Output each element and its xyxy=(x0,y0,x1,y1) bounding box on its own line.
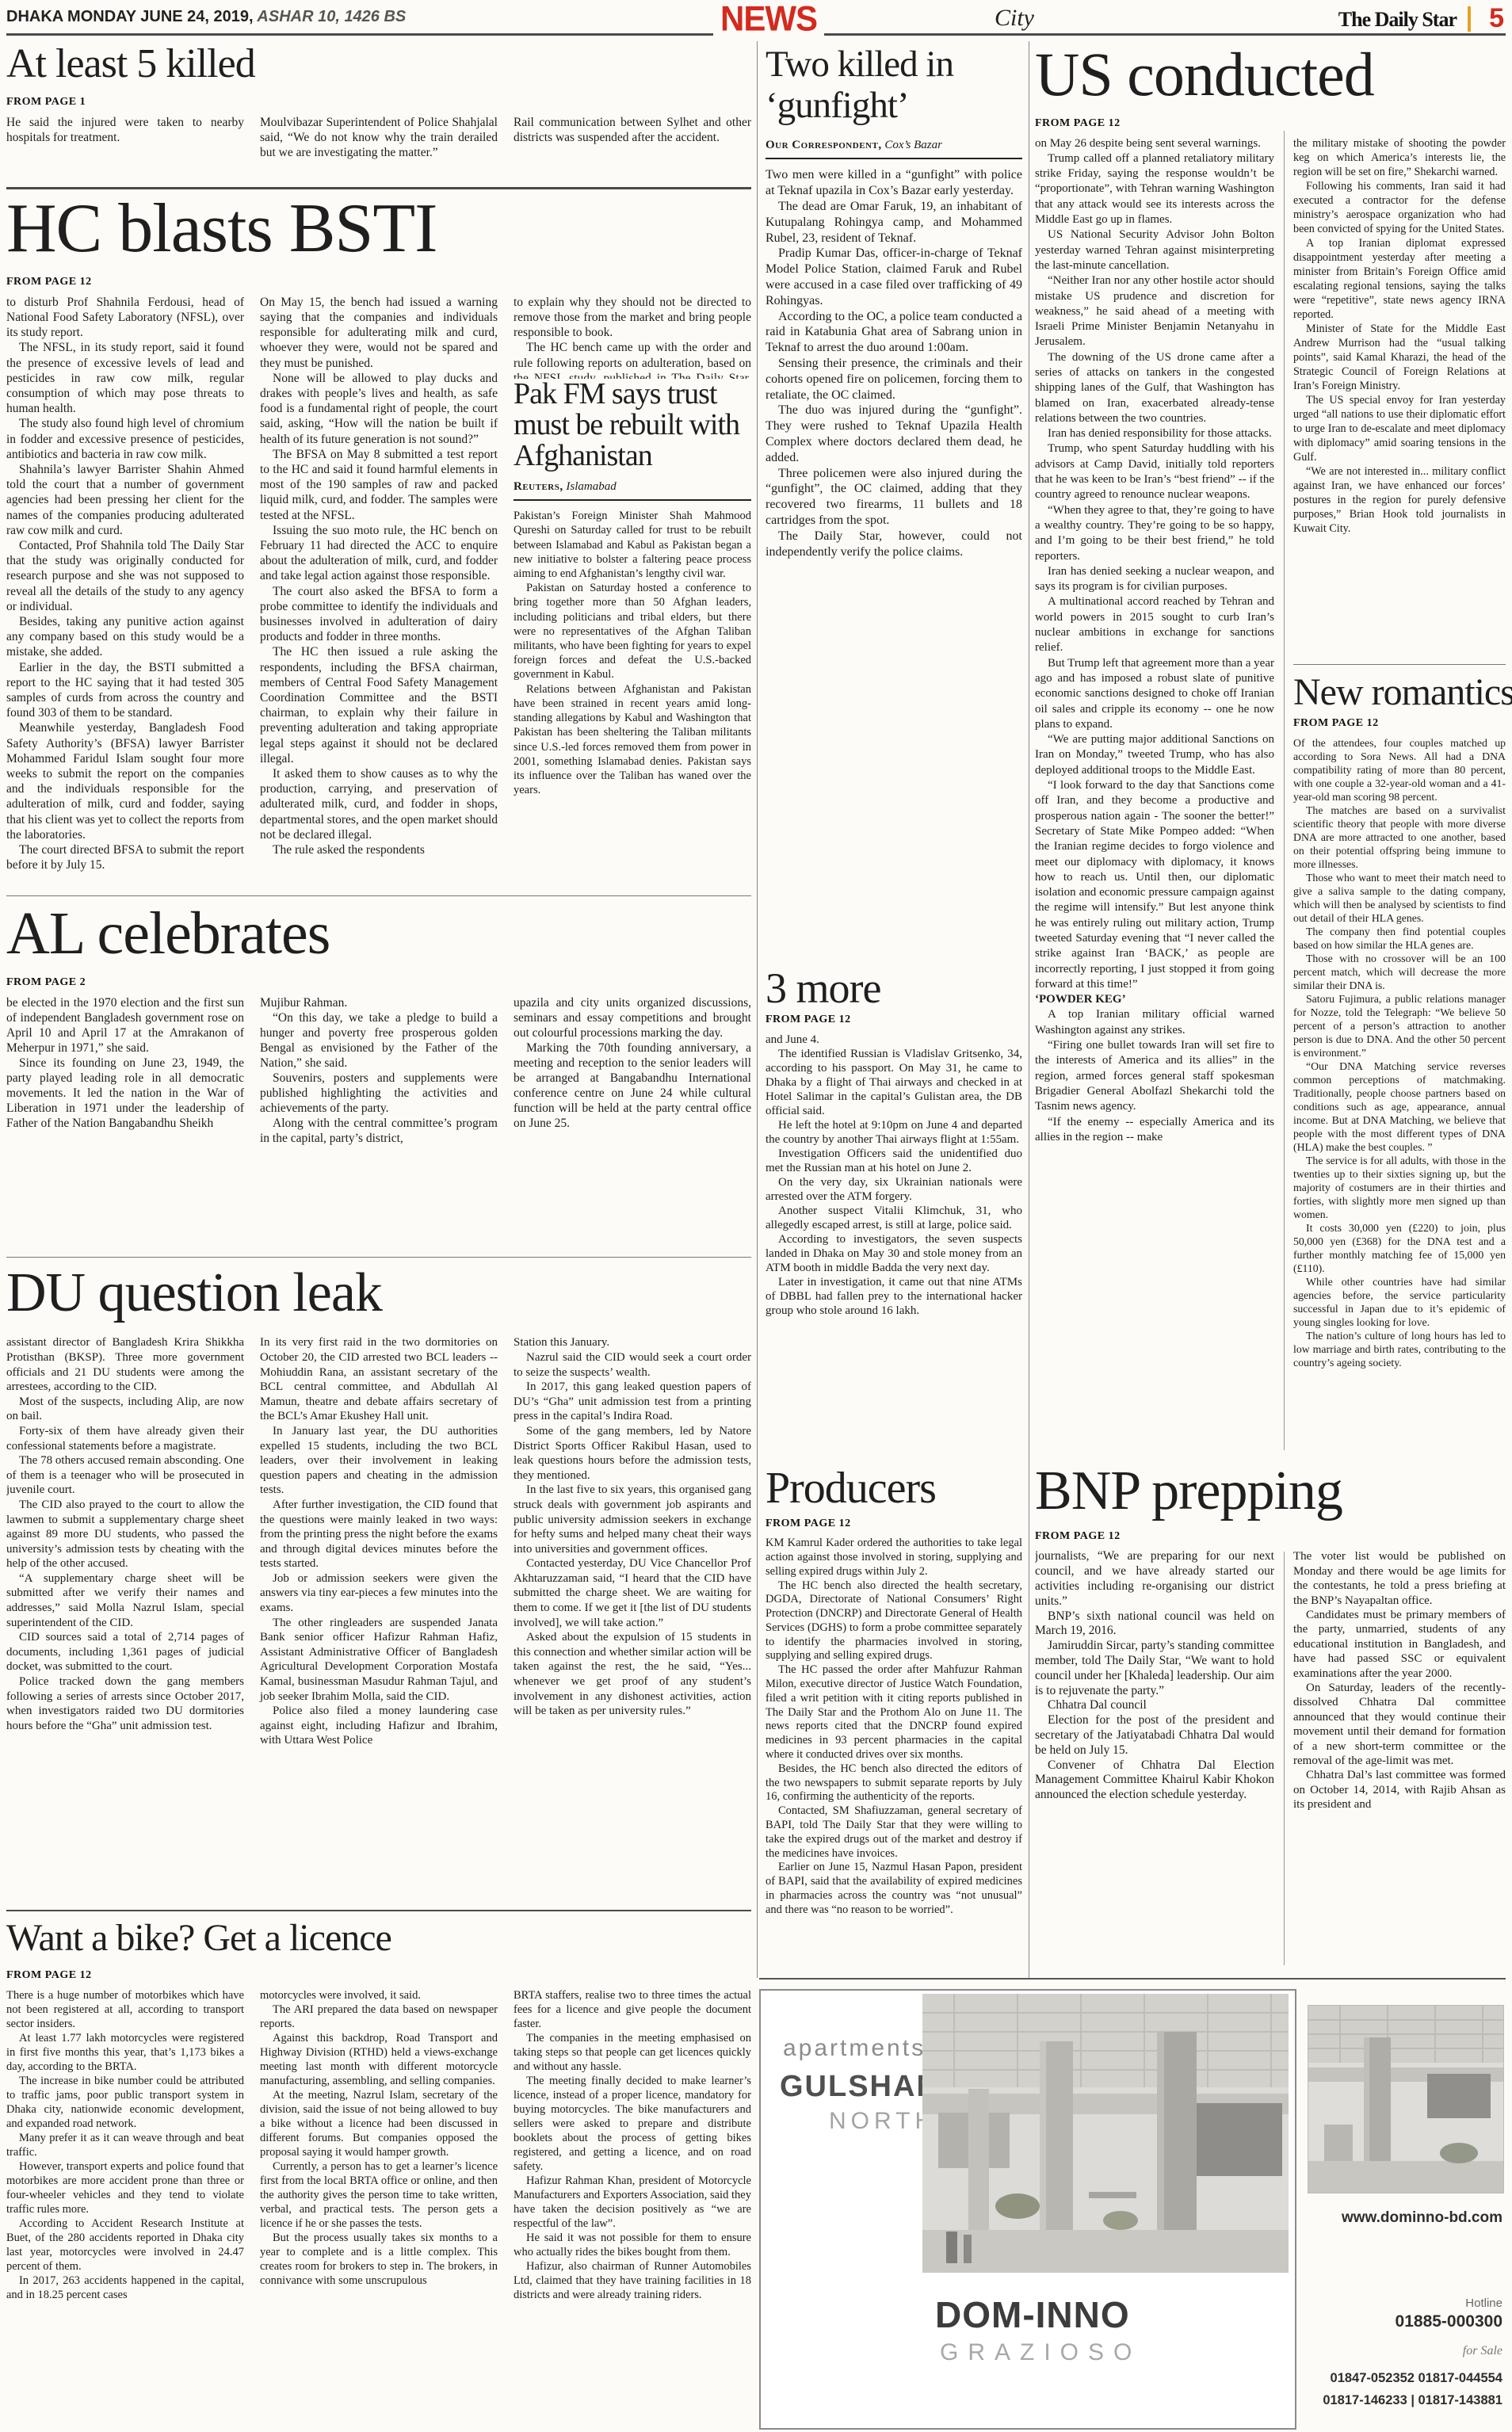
paragraph: be elected in the 1970 election and the … xyxy=(6,995,244,1056)
paragraph: Meanwhile yesterday, Bangladesh Food Saf… xyxy=(6,720,244,842)
paragraph: Those with no crossover will be an 100 p… xyxy=(1293,952,1506,992)
paragraph: Asked about the expulsion of 15 students… xyxy=(514,1630,751,1719)
building-interior-graphic xyxy=(1308,2006,1503,2193)
ad-project-name: GULSHAN xyxy=(780,2070,940,2104)
story-at-least-5-killed: At least 5 killed FROM PAGE 1 He said th… xyxy=(6,43,751,178)
story-new-romantics: New romantics! FROM PAGE 12 Of the atten… xyxy=(1293,674,1506,1459)
continuation-kicker: FROM PAGE 12 xyxy=(1293,717,1506,730)
paragraph: Convener of Chhatra Dal Election Managem… xyxy=(1035,1758,1274,1803)
headline: Pak FM says trust must be rebuilt with A… xyxy=(514,379,751,471)
paragraph: In its very first raid in the two dormit… xyxy=(260,1335,498,1424)
continuation-kicker: FROM PAGE 12 xyxy=(6,276,751,288)
ad-photo-building-lobby xyxy=(1308,2005,1504,2193)
text-column: In its very first raid in the two dormit… xyxy=(260,1335,498,1885)
paragraph: “I look forward to the day that Sanction… xyxy=(1035,778,1274,992)
paragraph: The increase in bike number could be att… xyxy=(6,2074,244,2131)
text-column: assistant director of Bangladesh Krira S… xyxy=(6,1335,244,1885)
paragraph: It costs 30,000 yen (£220) to join, plus… xyxy=(1293,1221,1506,1275)
paragraph: The identified Russian is Vladislav Grit… xyxy=(766,1047,1022,1118)
story-body: Two men were killed in a “gunfight” with… xyxy=(766,167,1022,922)
paragraph: Investigation Officers said the unidenti… xyxy=(766,1147,1022,1175)
paragraph: “Neither Iran nor any other hostile acto… xyxy=(1035,273,1274,349)
paragraph: Chhatra Dal council xyxy=(1035,1698,1274,1713)
paragraph: The company then find potential couples … xyxy=(1293,925,1506,952)
continuation-kicker: FROM PAGE 12 xyxy=(1035,117,1507,130)
continuation-kicker: FROM PAGE 1 xyxy=(6,96,751,109)
ad-photo-building-atrium xyxy=(922,1994,1289,2273)
paragraph: He left the hotel at 9:10pm on June 4 an… xyxy=(766,1118,1022,1147)
paragraph: On the very day, six Ukrainian nationals… xyxy=(766,1175,1022,1204)
continuation-kicker: FROM PAGE 12 xyxy=(766,1014,1022,1026)
paragraph: Earlier on June 15, Nazmul Hasan Papon, … xyxy=(766,1861,1022,1917)
byline-correspondent: Our Correspondent, xyxy=(766,139,882,151)
text-column: On May 15, the bench had issued a warnin… xyxy=(260,295,498,883)
section-rule xyxy=(6,895,751,896)
paragraph: Minister of State for the Middle East An… xyxy=(1293,322,1506,393)
paragraph: “On this day, we take a pledge to build … xyxy=(260,1010,498,1071)
byline: Reuters, Islamabad xyxy=(514,480,751,501)
paragraph: The nation’s culture of long hours has l… xyxy=(1293,1329,1506,1369)
paragraph: Earlier in the day, the BSTI submitted a… xyxy=(6,660,244,721)
paragraph: Of the attendees, four couples matched u… xyxy=(1293,736,1506,804)
paragraph: Many prefer it as it can weave through a… xyxy=(6,2131,244,2159)
paragraph: Another suspect Vitalii Klimchuk, 31, wh… xyxy=(766,1204,1022,1232)
paragraph: to disturb Prof Shahnila Ferdousi, head … xyxy=(6,295,244,341)
story-body: and June 4.The identified Russian is Vla… xyxy=(766,1033,1022,1446)
text-column: There is a huge number of motorbikes whi… xyxy=(6,1988,244,2418)
paragraph: Shahnila’s lawyer Barrister Shahin Ahmed… xyxy=(6,462,244,538)
paragraph: The dead are Omar Faruk, 19, an inhabita… xyxy=(766,199,1022,246)
dateline-date: DHAKA MONDAY JUNE 24, 2019, xyxy=(6,8,254,25)
text-column: upazila and city units organized discuss… xyxy=(514,995,751,1214)
section-rule xyxy=(6,1257,751,1258)
paragraph: Hafizur Rahman Khan, president of Motorc… xyxy=(514,2174,751,2231)
paragraph: The other ringleaders are suspended Jana… xyxy=(260,1616,498,1705)
paragraph: Contacted, Prof Shahnila told The Daily … xyxy=(6,538,244,614)
paragraph: The court also asked the BFSA to form a … xyxy=(260,584,498,645)
paragraph: He said the injured were taken to nearby… xyxy=(6,115,244,145)
paragraph: But the process usually takes six months… xyxy=(260,2231,498,2288)
paragraph: On May 15, the bench had issued a warnin… xyxy=(260,295,498,371)
paragraph: The duo was injured during the “gunfight… xyxy=(766,403,1022,465)
paragraph: The companies in the meeting emphasised … xyxy=(514,2031,751,2074)
paragraph: The study also found high level of chrom… xyxy=(6,416,244,462)
paragraph: Following his comments, Iran said it had… xyxy=(1293,179,1506,236)
paragraph: “We are not interested in... military co… xyxy=(1293,464,1506,536)
byline-place: Islamabad xyxy=(566,480,616,493)
dateline-bangla-date: ASHAR 10, 1426 BS xyxy=(254,8,407,25)
headline: Two killed in ‘gunfight’ xyxy=(766,44,1022,126)
header-rule xyxy=(824,33,1506,36)
paragraph: Pakistan on Saturday hosted a conference… xyxy=(514,581,751,681)
page-number: 5 xyxy=(1489,3,1504,34)
headline: At least 5 killed xyxy=(6,43,751,85)
paragraph: Mujibur Rahman. xyxy=(260,995,498,1010)
paragraph: The meeting finally decided to make lear… xyxy=(514,2074,751,2174)
paragraph: Jamiruddin Sircar, party’s standing comm… xyxy=(1035,1639,1274,1698)
headline: New romantics! xyxy=(1293,674,1506,712)
paragraph: Relations between Afghanistan and Pakist… xyxy=(514,682,751,798)
headline: BNP prepping xyxy=(1035,1463,1507,1519)
paragraph: Iran has denied responsibility for those… xyxy=(1035,426,1274,441)
paragraph: Pakistan’s Foreign Minister Shah Mahmood… xyxy=(514,509,751,581)
ad-phone-numbers: 01847-052352 01817-044554 xyxy=(1300,2371,1502,2386)
ad-apartments-label: apartments xyxy=(783,2035,926,2062)
story-producers: Producers FROM PAGE 12 KM Kamrul Kader o… xyxy=(766,1466,1022,1942)
paragraph: The 78 others accused remain absconding.… xyxy=(6,1453,244,1498)
text-column: journalists, “We are preparing for our n… xyxy=(1035,1549,1274,1961)
headline: DU question leak xyxy=(6,1265,751,1321)
story-columns: journalists, “We are preparing for our n… xyxy=(1035,1549,1507,1961)
paragraph: Chhatra Dal’s last committee was formed … xyxy=(1293,1768,1506,1812)
continuation-kicker: FROM PAGE 12 xyxy=(1035,1530,1507,1543)
paragraph: Contacted yesterday, DU Vice Chancellor … xyxy=(514,1556,751,1630)
paragraph: According to investigators, the seven su… xyxy=(766,1232,1022,1275)
paragraph: Marking the 70th founding anniversary, a… xyxy=(514,1040,751,1131)
paragraph: Job or admission seekers were given the … xyxy=(260,1571,498,1616)
text-column: BRTA staffers, realise two to three time… xyxy=(514,1988,751,2418)
paragraph: upazila and city units organized discuss… xyxy=(514,995,751,1040)
story-bnp-prepping: BNP prepping FROM PAGE 12 journalists, “… xyxy=(1035,1463,1507,1961)
paragraph: Besides, the HC bench also directed the … xyxy=(766,1762,1022,1804)
paragraph: Trump called off a planned retaliatory m… xyxy=(1035,151,1274,227)
paragraph: At least 1.77 lakh motorcycles were regi… xyxy=(6,2031,244,2074)
paragraph: assistant director of Bangladesh Krira S… xyxy=(6,1335,244,1394)
text-column: Rail communication between Sylhet and ot… xyxy=(514,115,751,178)
paragraph: The service is for all adults, with thos… xyxy=(1293,1154,1506,1221)
headline: Want a bike? Get a licence xyxy=(6,1919,751,1958)
paragraph: Forty-six of them have already given the… xyxy=(6,1424,244,1453)
paragraph: The HC bench also directed the health se… xyxy=(766,1579,1022,1664)
section-rule xyxy=(759,1978,1506,1980)
text-column: be elected in the 1970 election and the … xyxy=(6,995,244,1214)
paragraph: KM Kamrul Kader ordered the authorities … xyxy=(766,1537,1022,1579)
building-interior-graphic xyxy=(922,1994,1289,2273)
paragraph: “We are putting major additional Sanctio… xyxy=(1035,732,1274,778)
paragraph: In the last five to six years, this orga… xyxy=(514,1483,751,1556)
paragraph: Hafizur, also chairman of Runner Automob… xyxy=(514,2259,751,2302)
paragraph: Later in investigation, it came out that… xyxy=(766,1275,1022,1318)
story-body: Of the attendees, four couples matched u… xyxy=(1293,736,1506,1459)
paragraph: The NFSL, in its study report, said it f… xyxy=(6,340,244,416)
story-du-question-leak: DU question leak assistant director of B… xyxy=(6,1265,751,1885)
ad-brand-series: GRAZIOSO xyxy=(940,2339,1141,2366)
paragraph: The HC passed the order after Mahfuzur R… xyxy=(766,1663,1022,1762)
masthead-logo: The Daily Star xyxy=(1338,8,1457,32)
text-column: Mujibur Rahman.“On this day, we take a p… xyxy=(260,995,498,1214)
paragraph: The Daily Star, however, could not indep… xyxy=(766,529,1022,560)
paragraph: Three policemen were also injured during… xyxy=(766,466,1022,529)
paragraph: The US special envoy for Iran yesterday … xyxy=(1293,393,1506,464)
paragraph: Against this backdrop, Road Transport an… xyxy=(260,2031,498,2088)
ad-project-name-2: NORTH xyxy=(829,2108,937,2135)
ad-brand-name: DOM-INNO xyxy=(935,2293,1130,2336)
continuation-kicker: FROM PAGE 12 xyxy=(6,1969,751,1982)
paragraph: A top Iranian diplomat expressed disappo… xyxy=(1293,236,1506,322)
paragraph: Iran has denied seeking a nuclear weapon… xyxy=(1035,564,1274,595)
headline: HC blasts BSTI xyxy=(6,193,751,265)
paragraph: In 2017, 263 accidents happened in the c… xyxy=(6,2274,244,2302)
story-3-more: 3 more FROM PAGE 12 and June 4.The ident… xyxy=(766,967,1022,1446)
paragraph: Since its founding on June 23, 1949, the… xyxy=(6,1056,244,1131)
paragraph: The HC then issued a rule asking the res… xyxy=(260,644,498,766)
story-columns: He said the injured were taken to nearby… xyxy=(6,115,751,178)
paragraph: The BFSA on May 8 submitted a test repor… xyxy=(260,447,498,523)
headline: 3 more xyxy=(766,967,1022,1010)
continuation-kicker: FROM PAGE 12 xyxy=(766,1518,1022,1530)
text-column: to disturb Prof Shahnila Ferdousi, head … xyxy=(6,295,244,883)
ad-hotline-label: Hotline xyxy=(1300,2296,1502,2310)
paragraph: on May 26 despite being sent several war… xyxy=(1035,136,1274,151)
paragraph: Along with the central committee’s progr… xyxy=(260,1116,498,1146)
paragraph: In 2017, this gang leaked question paper… xyxy=(514,1380,751,1424)
paragraph: However, transport experts and police fo… xyxy=(6,2159,244,2216)
page-number-bar xyxy=(1468,6,1471,32)
paragraph: None will be allowed to play ducks and d… xyxy=(260,371,498,447)
paragraph: the military mistake of shooting the pow… xyxy=(1293,136,1506,179)
paragraph: Rail communication between Sylhet and ot… xyxy=(514,115,751,145)
paragraph: journalists, “We are preparing for our n… xyxy=(1035,1549,1274,1609)
paragraph: The CID also prayed to the court to allo… xyxy=(6,1498,244,1571)
byline-place: Cox’s Bazar xyxy=(884,139,942,151)
paragraph: Trump, who spent Saturday huddling with … xyxy=(1035,441,1274,502)
text-column: Station this January.Nazrul said the CID… xyxy=(514,1335,751,1885)
paragraph: ‘POWDER KEG’ xyxy=(1035,992,1274,1007)
text-column: on May 26 despite being sent several war… xyxy=(1035,136,1274,1423)
paragraph: According to Accident Research Institute… xyxy=(6,2216,244,2274)
newspaper-page: DHAKA MONDAY JUNE 24, 2019, ASHAR 10, 14… xyxy=(0,0,1512,2432)
paragraph: motorcycles were involved, it said. xyxy=(260,1988,498,2002)
story-body: Pakistan’s Foreign Minister Shah Mahmood… xyxy=(514,509,751,875)
story-two-killed-gunfight: Two killed in ‘gunfight’ Our Corresponde… xyxy=(766,44,1022,922)
paragraph: Some of the gang members, led by Natore … xyxy=(514,1424,751,1483)
paragraph: A multinational accord reached by Tehran… xyxy=(1035,594,1274,655)
paragraph: “Firing one bullet towards Iran will set… xyxy=(1035,1038,1274,1114)
paragraph: “Our DNA Matching service reverses commo… xyxy=(1293,1059,1506,1154)
text-column: The voter list would be published on Mon… xyxy=(1293,1549,1506,1961)
paragraph: While other countries have had similar a… xyxy=(1293,1275,1506,1329)
headline: AL celebrates xyxy=(6,903,751,965)
paragraph: The court directed BFSA to submit the re… xyxy=(6,842,244,872)
paragraph: Sensing their presence, the criminals an… xyxy=(766,356,1022,403)
paragraph: Moulvibazar Superintendent of Police Sha… xyxy=(260,115,498,161)
story-al-celebrates: AL celebrates FROM PAGE 2 be elected in … xyxy=(6,903,751,1214)
story-columns: There is a huge number of motorbikes whi… xyxy=(6,1988,751,2418)
ad-hotline-number: 01885-000300 xyxy=(1300,2312,1502,2331)
paragraph: Police also filed a money laundering cas… xyxy=(260,1704,498,1748)
paragraph: to explain why they should not be direct… xyxy=(514,295,751,341)
paragraph: “A supplementary charge sheet will be su… xyxy=(6,1571,244,1630)
byline-agency: Reuters, xyxy=(514,480,563,493)
paragraph: BNP’s sixth national council was held on… xyxy=(1035,1609,1274,1640)
paragraph: The downing of the US drone came after a… xyxy=(1035,350,1274,426)
paragraph: Besides, taking any punitive action agai… xyxy=(6,614,244,660)
paragraph: The ARI prepared the data based on newsp… xyxy=(260,2002,498,2031)
paragraph: “If the enemy -- especially America and … xyxy=(1035,1115,1274,1146)
text-column: Moulvibazar Superintendent of Police Sha… xyxy=(260,115,498,178)
paragraph: Station this January. xyxy=(514,1335,751,1350)
section-rule xyxy=(6,187,751,189)
story-pak-fm-afghanistan: Pak FM says trust must be rebuilt with A… xyxy=(514,379,751,875)
paragraph: BRTA staffers, realise two to three time… xyxy=(514,1988,751,2031)
headline: US conducted xyxy=(1035,43,1507,106)
paragraph: Pradip Kumar Das, officer-in-charge of T… xyxy=(766,246,1022,308)
paragraph: Souvenirs, posters and supplements were … xyxy=(260,1071,498,1116)
paragraph: Two men were killed in a “gunfight” with… xyxy=(766,167,1022,199)
paragraph: The rule asked the respondents xyxy=(260,842,498,857)
paragraph: The voter list would be published on Mon… xyxy=(1293,1549,1506,1608)
paragraph: There is a huge number of motorbikes whi… xyxy=(6,1988,244,2031)
paragraph: On Saturday, leaders of the recently-dis… xyxy=(1293,1681,1506,1768)
continuation-kicker: FROM PAGE 2 xyxy=(6,976,751,989)
paragraph: CID sources said a total of 2,714 pages … xyxy=(6,1630,244,1674)
column-rule xyxy=(757,41,758,1978)
section-label: NEWS xyxy=(712,0,826,39)
headline: Producers xyxy=(766,1466,1022,1511)
text-column: He said the injured were taken to nearby… xyxy=(6,115,244,178)
story-body: KM Kamrul Kader ordered the authorities … xyxy=(766,1537,1022,1942)
ad-website: www.dominno-bd.com xyxy=(1300,2209,1502,2227)
story-columns: assistant director of Bangladesh Krira S… xyxy=(6,1335,751,1885)
paragraph: But Trump left that agreement more than … xyxy=(1035,656,1274,732)
paragraph: After further investigation, the CID fou… xyxy=(260,1498,498,1571)
column-rule xyxy=(1029,41,1029,1978)
paragraph: It asked them to show causes as to why t… xyxy=(260,766,498,842)
byline: Our Correspondent, Cox’s Bazar xyxy=(766,139,1022,159)
story-columns: be elected in the 1970 election and the … xyxy=(6,995,751,1214)
section-rule xyxy=(6,1910,751,1911)
paragraph: Nazrul said the CID would seek a court o… xyxy=(514,1350,751,1380)
paragraph: According to the OC, a police team condu… xyxy=(766,309,1022,356)
paragraph: Satoru Fujimura, a public relations mana… xyxy=(1293,992,1506,1059)
paragraph: In January last year, the DU authorities… xyxy=(260,1424,498,1498)
paragraph: Election for the post of the president a… xyxy=(1035,1713,1274,1758)
header-rule xyxy=(6,33,713,36)
paragraph: and June 4. xyxy=(766,1033,1022,1047)
paragraph: Police tracked down the gang members fol… xyxy=(6,1674,244,1733)
text-column: motorcycles were involved, it said.The A… xyxy=(260,1988,498,2418)
paragraph: US National Security Advisor John Bolton… xyxy=(1035,227,1274,273)
paragraph: Contacted, SM Shafiuzzaman, general secr… xyxy=(766,1804,1022,1861)
ad-phone-numbers: 01817-146233 | 01817-143881 xyxy=(1300,2393,1502,2408)
story-want-a-bike-licence: Want a bike? Get a licence FROM PAGE 12 … xyxy=(6,1919,751,2418)
paragraph: Candidates must be primary members of th… xyxy=(1293,1608,1506,1681)
paragraph: A top Iranian military official warned W… xyxy=(1035,1007,1274,1038)
city-label: City xyxy=(943,5,1086,32)
paragraph: Issuing the suo moto rule, the HC bench … xyxy=(260,523,498,584)
paragraph: He said it was not possible for them to … xyxy=(514,2231,751,2259)
paragraph: “When they agree to that, they’re going … xyxy=(1035,503,1274,564)
ad-for-sale-label: for Sale xyxy=(1300,2344,1502,2358)
paragraph: Most of the suspects, including Alip, ar… xyxy=(6,1395,244,1424)
paragraph: Those who want to meet their match need … xyxy=(1293,871,1506,925)
paragraph: At the meeting, Nazrul Islam, secretary … xyxy=(260,2088,498,2159)
paragraph: The matches are based on a survivalist s… xyxy=(1293,804,1506,871)
dateline: DHAKA MONDAY JUNE 24, 2019, ASHAR 10, 14… xyxy=(6,8,406,26)
paragraph: Currently, a person has to get a learner… xyxy=(260,2159,498,2231)
